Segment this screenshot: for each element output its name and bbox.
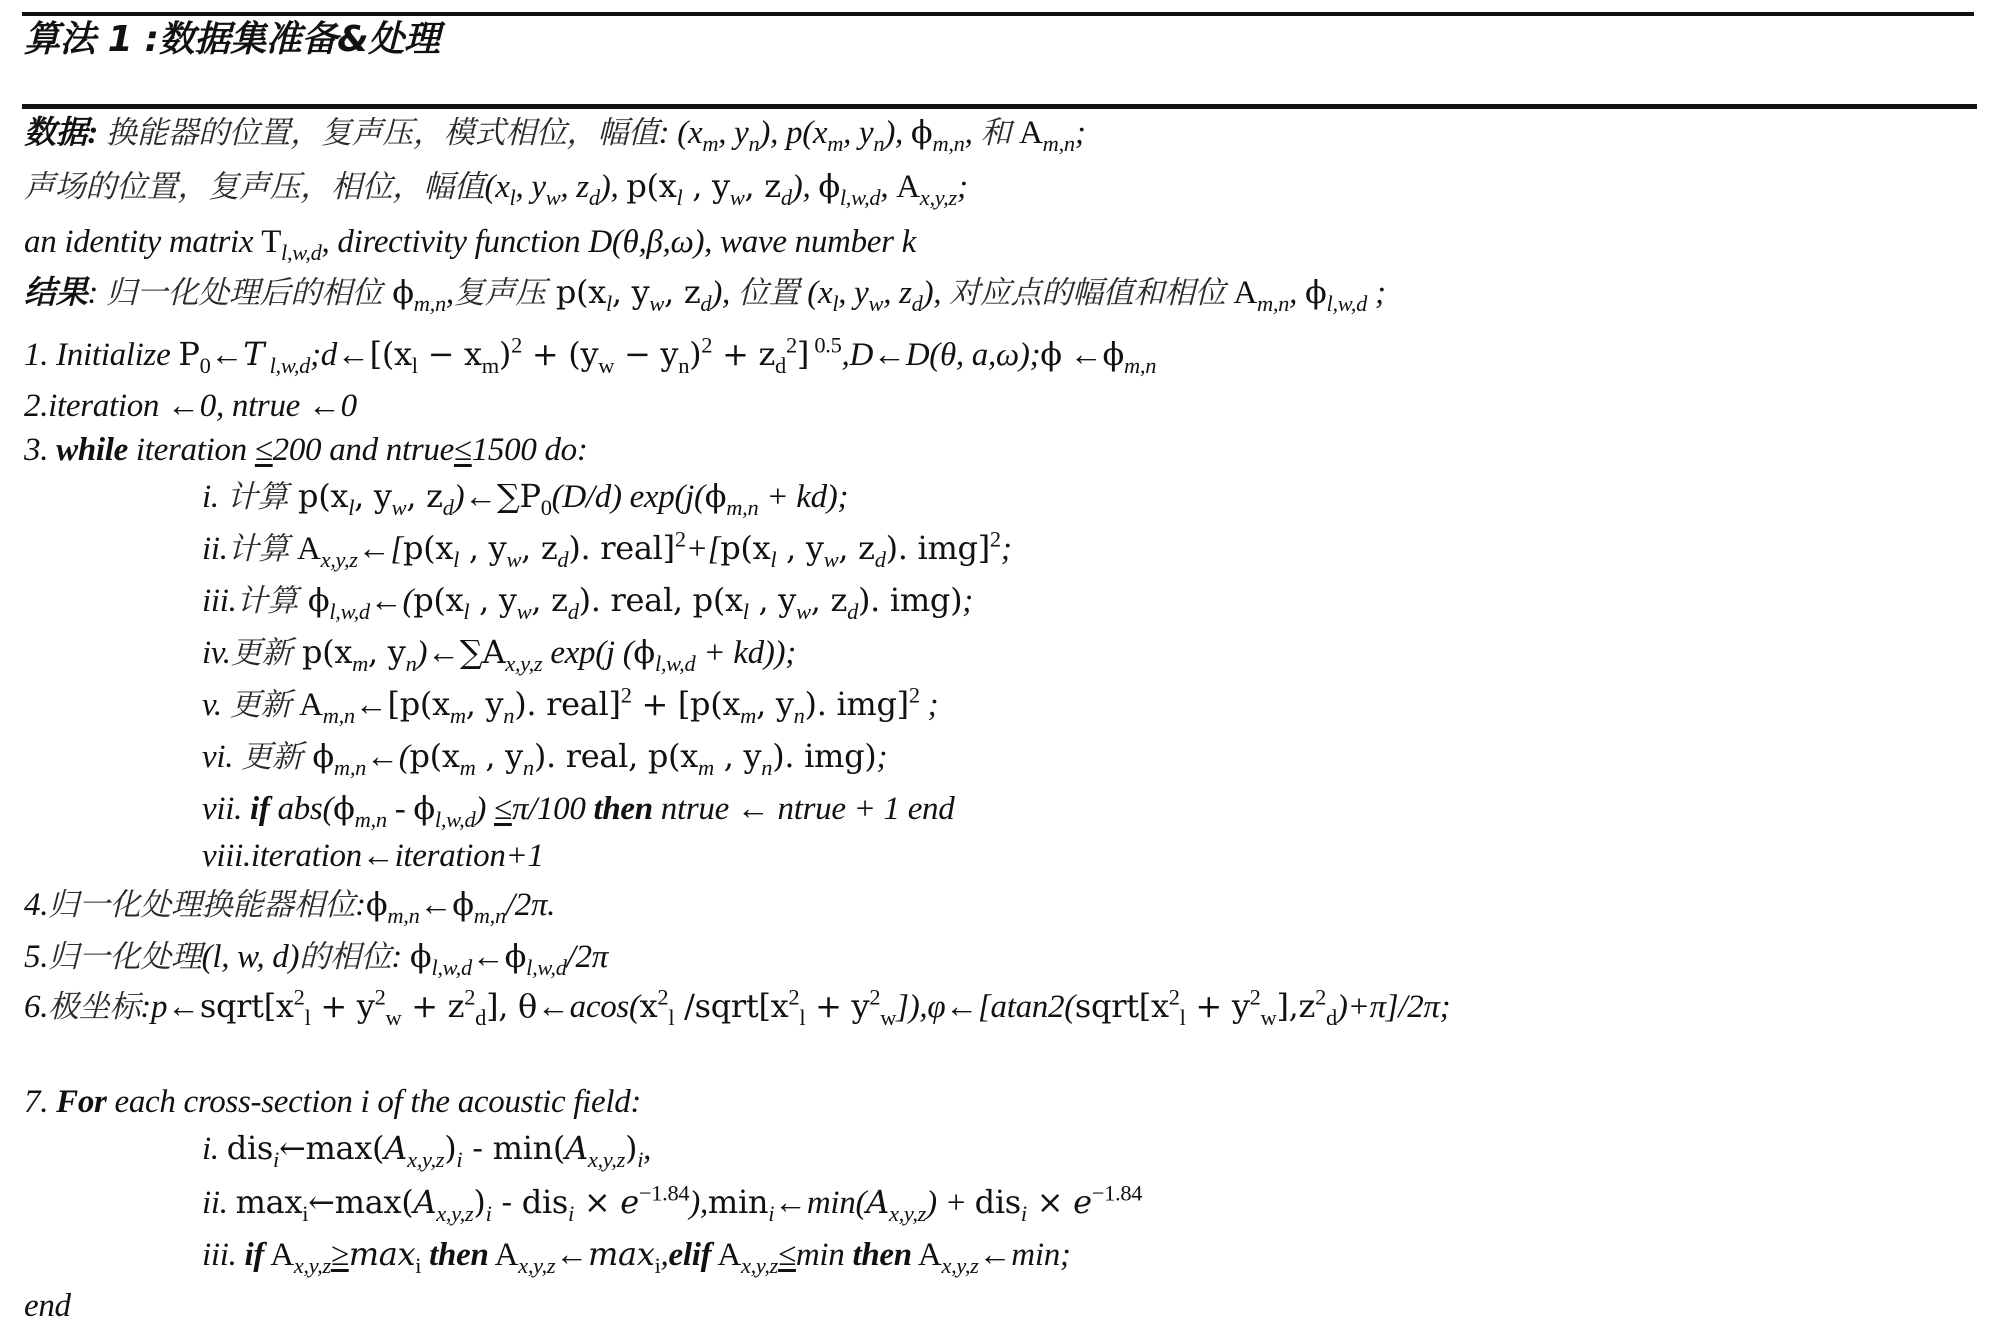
subscript: l,w,d xyxy=(264,353,310,378)
text-run: p(x xyxy=(626,167,676,205)
text-run: ). img) xyxy=(772,737,876,775)
subscript: d xyxy=(875,547,886,572)
text-run: ←( xyxy=(366,739,409,775)
text-run: P xyxy=(178,335,199,373)
text-run: +[ xyxy=(686,531,721,567)
text-run: , z xyxy=(406,477,442,515)
text-run: ],z xyxy=(1276,987,1315,1025)
subscript: d xyxy=(775,353,786,378)
subscript: 0 xyxy=(200,353,211,378)
text-run: A xyxy=(264,1237,294,1273)
step-3-viii: viii.iteration←iteration+1 xyxy=(202,836,544,876)
text-run: ], θ xyxy=(486,987,537,1025)
text-run: ϕ xyxy=(366,885,388,923)
superscript: 2 xyxy=(375,985,386,1010)
text-run: , z xyxy=(811,581,847,619)
superscript: 2 xyxy=(675,527,686,552)
text-run: viii.iteration←iteration+1 xyxy=(202,838,544,874)
step-1: 1. Initialize P0←T l,w,d;d←[(xl − xm)2 +… xyxy=(24,334,1156,375)
keyword: then xyxy=(429,1237,488,1273)
data-line-3: an identity matrix Tl,w,d, directivity f… xyxy=(24,222,916,262)
subscript: d xyxy=(1326,1005,1337,1030)
text-run: : (x xyxy=(659,115,703,151)
subscript: m,n xyxy=(414,291,446,316)
text-run: ), xyxy=(792,169,819,205)
subscript: w xyxy=(392,495,407,520)
superscript: 2 xyxy=(869,985,880,1010)
subscript: l,w,d xyxy=(1327,291,1367,316)
text-run: max xyxy=(588,1235,655,1273)
text-run: ≤ xyxy=(778,1237,796,1273)
text-run: : xyxy=(87,275,106,311)
subscript: m,n xyxy=(387,903,419,928)
text-run: 位置 xyxy=(738,275,799,311)
text-run: : xyxy=(355,887,366,923)
text-run: /sqrt[x xyxy=(674,987,788,1025)
text-run: , xyxy=(880,169,896,205)
text-run: ii. xyxy=(202,1185,236,1221)
text-run: ←min; xyxy=(979,1237,1071,1273)
subscript: n xyxy=(794,703,805,728)
text-run: ) xyxy=(473,1183,485,1221)
subscript: d xyxy=(781,185,792,210)
text-run: 1500 do: xyxy=(472,432,588,468)
text-run: A xyxy=(289,531,320,567)
text-run: ) xyxy=(499,335,511,373)
subscript: n xyxy=(761,755,772,780)
text-run: + y xyxy=(805,987,869,1025)
text-run: dis xyxy=(975,1183,1021,1221)
text-run: iv. xyxy=(202,635,231,671)
text-run: A xyxy=(866,1183,889,1221)
text-run: /2π. xyxy=(506,887,555,923)
text-run: ϕ xyxy=(382,273,413,311)
subscript: x,y,z xyxy=(588,1147,625,1172)
subscript: m,n xyxy=(932,131,964,156)
text-run: (x xyxy=(485,169,510,205)
text-run: ϕ xyxy=(705,477,727,515)
step-3-v: v. 更新 Am,n←[p(xm, yn). real]2 + [p(xm, y… xyxy=(202,684,938,725)
text-run: /2π xyxy=(567,939,608,975)
subscript: m,n xyxy=(323,703,355,728)
text-run: 1. Initialize xyxy=(24,337,178,373)
step-3-iv: iv.更新 p(xm, yn)←∑Ax,y,z exp(j (ϕl,w,d + … xyxy=(202,632,796,673)
superscript: 2 xyxy=(909,683,920,708)
text-run: ← xyxy=(472,939,505,975)
superscript: 2 xyxy=(511,333,522,358)
data-line-2: 声场的位置，复声压，相位，幅值(xl, yw, zd), p(xl , yw, … xyxy=(24,166,968,207)
subscript: x,y,z xyxy=(321,547,358,572)
step-7-iii: iii. if Ax,y,z≥maxi then Ax,y,z←maxi,eli… xyxy=(202,1234,1071,1275)
text-run: A xyxy=(1225,275,1256,311)
step-7-ii: ii. maxi←max(Ax,y,z)i - disi × e−1.84),m… xyxy=(202,1182,1142,1223)
text-run: ϕ xyxy=(1305,273,1327,311)
text-run: , y xyxy=(368,633,406,671)
subscript: w xyxy=(649,291,664,316)
keyword: if xyxy=(245,1237,265,1273)
text-run: , xyxy=(643,1131,651,1167)
text-run: 4. xyxy=(24,887,48,923)
text-run: 归一化处理换能器相位 xyxy=(48,887,355,923)
subscript: m,n xyxy=(474,903,506,928)
text-run: A xyxy=(384,1129,407,1167)
text-run: 对应点的幅值和相位 xyxy=(949,275,1225,311)
text-run: × xyxy=(1027,1183,1073,1221)
subscript: w xyxy=(1261,1005,1277,1030)
text-run: sqrt[x xyxy=(1075,987,1169,1025)
subscript: m xyxy=(702,131,718,156)
text-run: )← xyxy=(416,635,459,671)
text-run: , xyxy=(1289,275,1305,311)
keyword: if xyxy=(250,791,270,827)
text-run: T xyxy=(243,335,264,373)
text-run: + z xyxy=(712,335,775,373)
subscript: x,y,z xyxy=(407,1147,444,1172)
text-run: ; xyxy=(1075,115,1086,151)
subscript: l,w,d xyxy=(526,955,566,980)
text-run: (D/d) exp(j( xyxy=(552,479,705,515)
text-run: A xyxy=(711,1237,741,1273)
subscript: x,y,z xyxy=(294,1253,331,1278)
step-3-iii: iii.计算 ϕl,w,d←(p(xl , yw, zd). real, p(x… xyxy=(202,580,973,621)
text-run: + (y xyxy=(522,335,598,373)
text-run: + kd)); xyxy=(695,635,795,671)
subscript: x,y,z xyxy=(920,185,957,210)
text-run: )← xyxy=(454,479,497,515)
data-line-1: 数据: 换能器的位置，复声压，模式相位，幅值: (xm, yn), p(xm, … xyxy=(24,112,1086,153)
text-run: ), xyxy=(711,275,738,311)
text-run: + kd); xyxy=(758,479,848,515)
subscript: m,n xyxy=(1124,353,1156,378)
subscript: n xyxy=(523,755,534,780)
text-run: ), xyxy=(884,115,911,151)
text-run: ←max( xyxy=(279,1129,384,1167)
subscript: w xyxy=(506,547,521,572)
subscript: m xyxy=(482,353,499,378)
text-run: 更新 xyxy=(241,739,302,775)
text-run: 200 and ntrue xyxy=(273,432,454,468)
text-run: , y xyxy=(749,581,796,619)
text-run: ;d← xyxy=(310,337,370,373)
keyword: : xyxy=(87,115,106,151)
superscript: −1.84 xyxy=(639,1181,689,1206)
subscript: m xyxy=(352,651,368,676)
text-run: i. xyxy=(202,479,227,515)
text-run: 极坐标 xyxy=(48,989,140,1025)
subscript: l,w,d xyxy=(431,955,471,980)
text-run: ≤ xyxy=(255,432,273,468)
result-line: 结果: 归一化处理后的相位 ϕm,n,复声压 p(xl, yw, zd), 位置… xyxy=(24,272,1386,313)
superscript: 2 xyxy=(294,985,305,1010)
text-run: ; xyxy=(962,583,973,619)
text-run: ). img) xyxy=(858,581,962,619)
text-run: , z xyxy=(531,581,567,619)
subscript: d xyxy=(475,1005,486,1030)
subscript: w xyxy=(385,1005,401,1030)
text-run: ) xyxy=(625,1129,637,1167)
text-run: iii. xyxy=(202,583,237,619)
subscript: x,y,z xyxy=(741,1253,778,1278)
text-run: p(x xyxy=(288,477,348,515)
text-run: + z xyxy=(401,987,464,1025)
text-run: p(x xyxy=(413,581,463,619)
text-run: (x xyxy=(799,275,832,311)
algorithm-title: 算法 1 :数据集准备&处理 xyxy=(24,20,440,60)
text-run: ϕ xyxy=(452,885,474,923)
text-run: [(x xyxy=(370,335,412,373)
text-run: 归一化处理 xyxy=(48,939,202,975)
superscript: 2 xyxy=(621,683,632,708)
keyword: elif xyxy=(668,1237,711,1273)
text-run: iii. xyxy=(202,1237,245,1273)
text-run: ). real, p(x xyxy=(579,581,743,619)
text-run: - xyxy=(387,791,414,827)
text-run: p(x xyxy=(546,273,606,311)
text-run: ←acos( xyxy=(537,989,640,1025)
text-run: ← xyxy=(211,337,244,373)
text-run: e xyxy=(1073,1183,1092,1221)
text-run: , y xyxy=(466,685,504,723)
text-run: + y xyxy=(311,987,375,1025)
text-run: 计算 xyxy=(227,479,288,515)
text-run: , xyxy=(446,275,454,311)
subscript: d xyxy=(557,547,568,572)
step-3-ii: ii.计算 Ax,y,z←[p(xl , yw, zd). real]2+[p(… xyxy=(202,528,1012,569)
text-run: ϕ xyxy=(410,937,432,975)
subscript: w xyxy=(517,599,532,624)
text-run: p(x xyxy=(409,737,459,775)
subscript: w xyxy=(880,1005,896,1030)
text-run: 的相位 xyxy=(299,939,391,975)
text-run: − x xyxy=(418,335,482,373)
text-run: abs( xyxy=(270,791,334,827)
text-run: 和 xyxy=(980,115,1011,151)
text-run: ∑A xyxy=(460,633,505,671)
step-4: 4.归一化处理换能器相位:ϕm,n←ϕm,n/2π. xyxy=(24,884,555,925)
text-run: + y xyxy=(1186,987,1250,1025)
text-run: [p(x xyxy=(388,685,450,723)
subscript: m xyxy=(827,131,843,156)
text-run: 7. xyxy=(24,1084,56,1120)
text-run: ), p(x xyxy=(759,115,827,151)
superscript: 2 xyxy=(786,333,797,358)
text-run: , y xyxy=(469,581,516,619)
text-run: T xyxy=(261,224,281,260)
subscript: m,n xyxy=(334,755,366,780)
subscript: m,n xyxy=(726,495,758,520)
keyword: then xyxy=(594,791,653,827)
text-run: 2.iteration ←0, ntrue ←0 xyxy=(24,388,357,424)
text-run: ← xyxy=(1062,337,1103,373)
superscript: 2 xyxy=(657,985,668,1010)
step-2: 2.iteration ←0, ntrue ←0 xyxy=(24,386,357,426)
text-run: 计算 xyxy=(228,531,289,567)
text-run: ] xyxy=(797,335,809,373)
step-3-vi: vi. 更新 ϕm,n←(p(xm , yn). real, p(xm , yn… xyxy=(202,736,887,777)
text-run: ). real, p(x xyxy=(534,737,698,775)
text-run: , y xyxy=(459,529,506,567)
superscript: 2 xyxy=(1315,985,1326,1010)
text-run: iteration xyxy=(128,432,255,468)
text-run: vii. xyxy=(202,791,250,827)
text-run: ), xyxy=(923,275,950,311)
text-run: vi. xyxy=(202,739,241,775)
text-run: ii. xyxy=(202,531,228,567)
text-run: max xyxy=(236,1183,303,1221)
text-run: ϕ xyxy=(333,789,355,827)
text-run: A xyxy=(489,1237,519,1273)
text-run: , y xyxy=(776,529,823,567)
text-run: ,D←D(θ, a,ω); xyxy=(842,337,1041,373)
subscript: d xyxy=(589,185,600,210)
text-run: , y xyxy=(612,273,650,311)
text-run: ←max( xyxy=(308,1183,413,1221)
text-run: ← xyxy=(355,687,388,723)
text-run: A xyxy=(565,1129,588,1167)
subscript: x,y,z xyxy=(518,1253,555,1278)
text-run: ), xyxy=(689,1185,708,1221)
text-run: A xyxy=(896,169,920,205)
text-run: ). img] xyxy=(886,529,990,567)
text-run: 更新 xyxy=(230,687,291,723)
subscript: m xyxy=(698,755,714,780)
text-run: - dis xyxy=(492,1183,569,1221)
text-run: , z xyxy=(883,275,911,311)
subscript: x,y,z xyxy=(889,1201,926,1226)
text-run: ϕ xyxy=(303,737,334,775)
text-run: ϕ xyxy=(505,937,527,975)
text-run: ϕ xyxy=(911,113,933,151)
text-run: , z xyxy=(838,529,874,567)
subscript: m,n xyxy=(355,807,387,832)
superscript: 2 xyxy=(464,985,475,1010)
step-3-i: i. 计算 p(xl, yw, zd)←∑P0(D/d) exp(j(ϕm,n … xyxy=(202,476,848,517)
text-run: 计算 xyxy=(237,583,298,619)
subscript: w xyxy=(824,547,839,572)
text-run: ; xyxy=(1367,275,1386,311)
text-run: ; xyxy=(920,687,939,723)
text-run: ; xyxy=(1001,531,1012,567)
text-run: A xyxy=(291,687,322,723)
text-run: A xyxy=(912,1237,942,1273)
text-run: ), xyxy=(600,169,627,205)
subscript: n xyxy=(406,651,417,676)
subscript: n xyxy=(678,353,689,378)
text-run: ←( xyxy=(370,583,413,619)
subscript: w xyxy=(796,599,811,624)
superscript: 2 xyxy=(1250,985,1261,1010)
keyword: while xyxy=(56,432,128,468)
text-run: ϕ xyxy=(1040,335,1062,373)
text-run: ϕ xyxy=(298,581,329,619)
text-run: , z xyxy=(664,273,700,311)
text-run: ) xyxy=(689,335,701,373)
text-run: 5. xyxy=(24,939,48,975)
subscript: l,w,d xyxy=(329,599,369,624)
subscript: x,y,z xyxy=(941,1253,978,1278)
subscript: n xyxy=(503,703,514,728)
text-run: ← xyxy=(555,1237,588,1273)
text-run: e xyxy=(620,1183,639,1221)
step-5: 5.归一化处理(l, w, d)的相位: ϕl,w,d←ϕl,w,d/2π xyxy=(24,936,608,977)
keyword: 结果 xyxy=(24,273,87,311)
text-run: end xyxy=(24,1288,71,1324)
subscript: 0 xyxy=(541,495,552,520)
subscript: d xyxy=(847,599,858,624)
subscript: m,n xyxy=(1043,131,1075,156)
text-run: : xyxy=(391,939,410,975)
subscript: m xyxy=(460,755,476,780)
keyword: For xyxy=(56,1084,106,1120)
text-run: x xyxy=(640,987,658,1025)
subscript: m xyxy=(450,703,466,728)
text-run: sqrt[x xyxy=(200,987,294,1025)
subscript: n xyxy=(873,131,884,156)
text-run: 归一化处理后的相位 xyxy=(106,275,382,311)
subscript: w xyxy=(869,291,884,316)
text-run: 复声压 xyxy=(454,275,546,311)
text-run: min xyxy=(708,1183,768,1221)
text-run: i. xyxy=(202,1131,227,1167)
text-run: ). img] xyxy=(805,685,909,723)
text-run: 更新 xyxy=(231,635,292,671)
subscript: w xyxy=(598,353,614,378)
text-run: 6. xyxy=(24,989,48,1025)
text-run: 换能器的位置，复声压，模式相位，幅值 xyxy=(106,115,659,151)
step-7-i: i. disi←max(Ax,y,z)i - min(Ax,y,z)i, xyxy=(202,1128,651,1169)
text-run: ϕ xyxy=(818,167,840,205)
text-run: each cross-section i of the acoustic fie… xyxy=(107,1084,642,1120)
text-run: ←min( xyxy=(774,1185,866,1221)
text-run: ) xyxy=(475,791,494,827)
text-run: ). real] xyxy=(568,529,674,567)
text-run: :p← xyxy=(140,989,200,1025)
subscript: m xyxy=(740,703,756,728)
text-run: ← xyxy=(420,887,453,923)
text-run: ntrue ← ntrue + 1 end xyxy=(653,791,955,827)
text-run: , y xyxy=(475,737,522,775)
text-run: , y xyxy=(354,477,392,515)
superscript: 2 xyxy=(990,527,1001,552)
text-run: , y xyxy=(682,167,729,205)
text-run: , y xyxy=(718,115,748,151)
text-run: max xyxy=(349,1235,416,1273)
text-run: , y xyxy=(838,275,868,311)
subscript: l,w,d xyxy=(655,651,695,676)
subscript: l,w,d xyxy=(840,185,880,210)
keyword: 数据 xyxy=(24,113,87,151)
text-run xyxy=(421,1237,429,1273)
text-run: v. xyxy=(202,687,230,723)
end-line: end xyxy=(24,1286,71,1326)
text-run: , y xyxy=(515,169,545,205)
keyword: then xyxy=(852,1237,911,1273)
text-run: , z xyxy=(745,167,781,205)
subscript: d xyxy=(912,291,923,316)
text-run: ≤ xyxy=(454,432,472,468)
text-run: ≥ xyxy=(331,1237,349,1273)
text-run: , y xyxy=(843,115,873,151)
subscript: l,w,d xyxy=(435,807,475,832)
text-run: ]),φ←[atan2( xyxy=(896,989,1075,1025)
text-run: ≤ xyxy=(494,791,512,827)
text-run: A xyxy=(413,1183,436,1221)
text-run: ) xyxy=(444,1129,456,1167)
text-run: min xyxy=(796,1237,853,1273)
text-run: 声场的位置，复声压，相位，幅值 xyxy=(24,169,485,205)
text-run: - min( xyxy=(462,1129,565,1167)
text-run: p(x xyxy=(720,529,770,567)
